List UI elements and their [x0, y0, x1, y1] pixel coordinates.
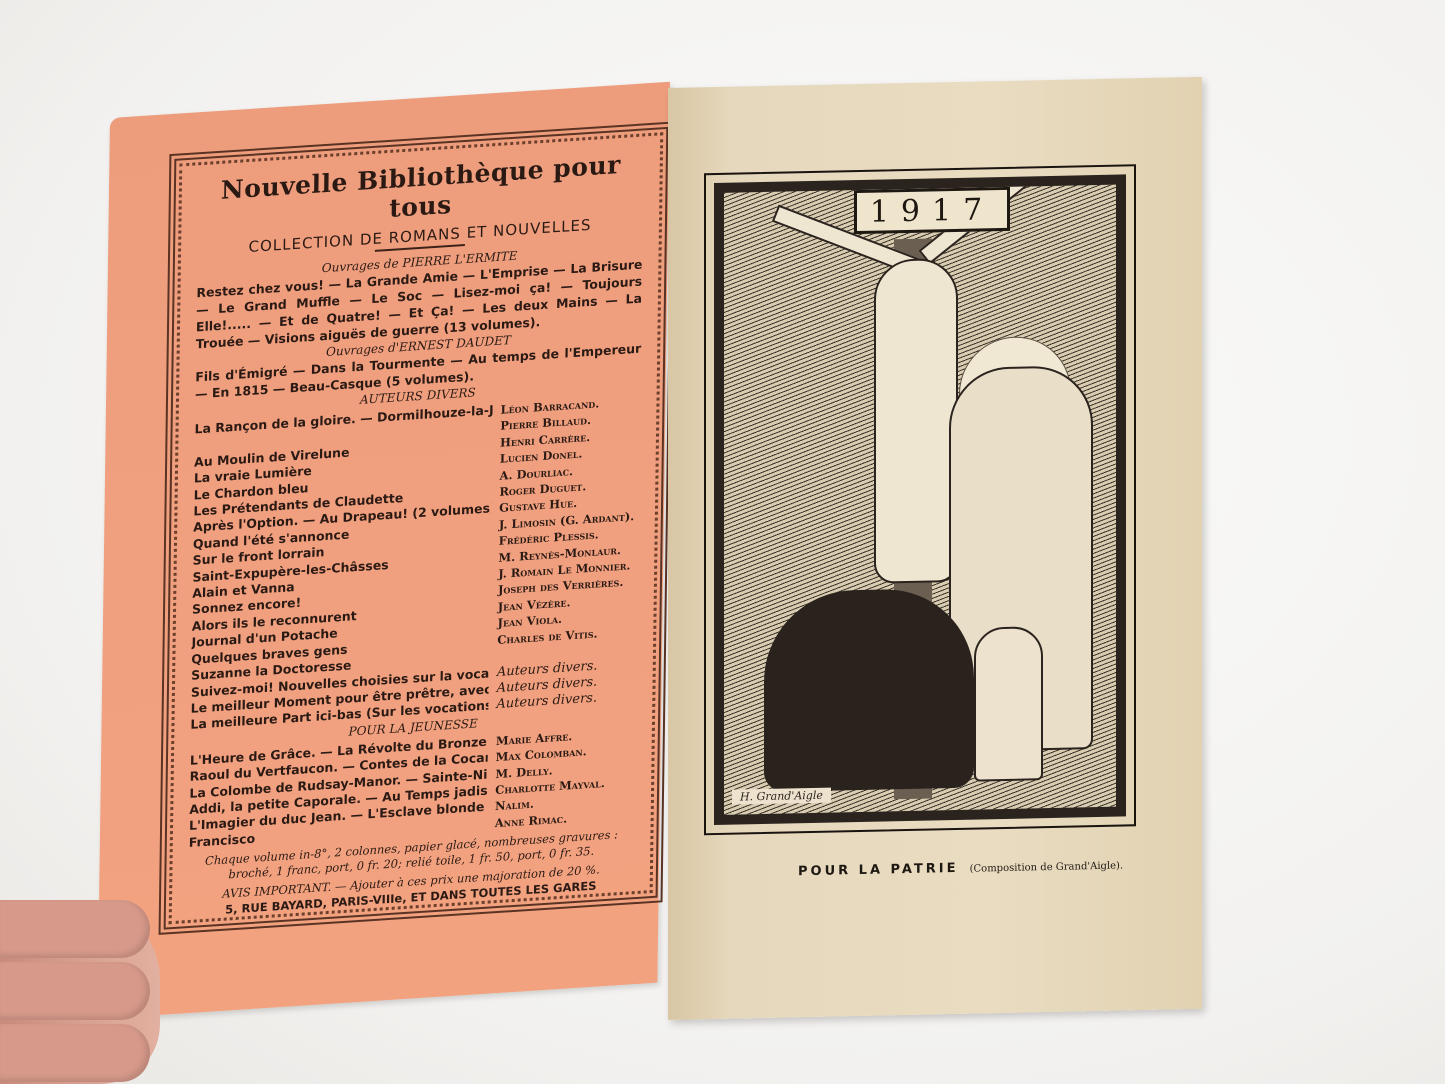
- finger: [0, 1024, 150, 1082]
- soldier-figure: [764, 588, 974, 792]
- ornamental-frame: Nouvelle Bibliothèque pour tous COLLECTI…: [159, 122, 674, 935]
- auteurs-divers-list: La Rançon de la gloire. — Dormilhouze-la…: [190, 393, 640, 734]
- child-figure: [974, 626, 1043, 781]
- open-book: Nouvelle Bibliothèque pour tous COLLECTI…: [0, 0, 1445, 1084]
- illustration-frame: 1917 H. Grand'Aigle: [704, 164, 1136, 835]
- finger: [0, 900, 150, 958]
- hand: [0, 900, 160, 1084]
- year-banner: 1917: [854, 187, 1010, 234]
- left-page-catalog: Nouvelle Bibliothèque pour tous COLLECTI…: [97, 82, 670, 1019]
- right-page-illustration: 1917 H. Grand'Aigle POUR LA PATRIE (Comp…: [668, 77, 1202, 1020]
- artist-signature: H. Grand'Aigle: [732, 788, 831, 805]
- christ-figure: [874, 258, 958, 584]
- finger: [0, 962, 150, 1020]
- illustration-caption: POUR LA PATRIE (Composition de Grand'Aig…: [798, 853, 1123, 879]
- caption-credit: (Composition de Grand'Aigle).: [970, 860, 1124, 874]
- crucifixion-engraving: 1917 H. Grand'Aigle: [714, 174, 1126, 825]
- caption-title: POUR LA PATRIE: [798, 861, 959, 879]
